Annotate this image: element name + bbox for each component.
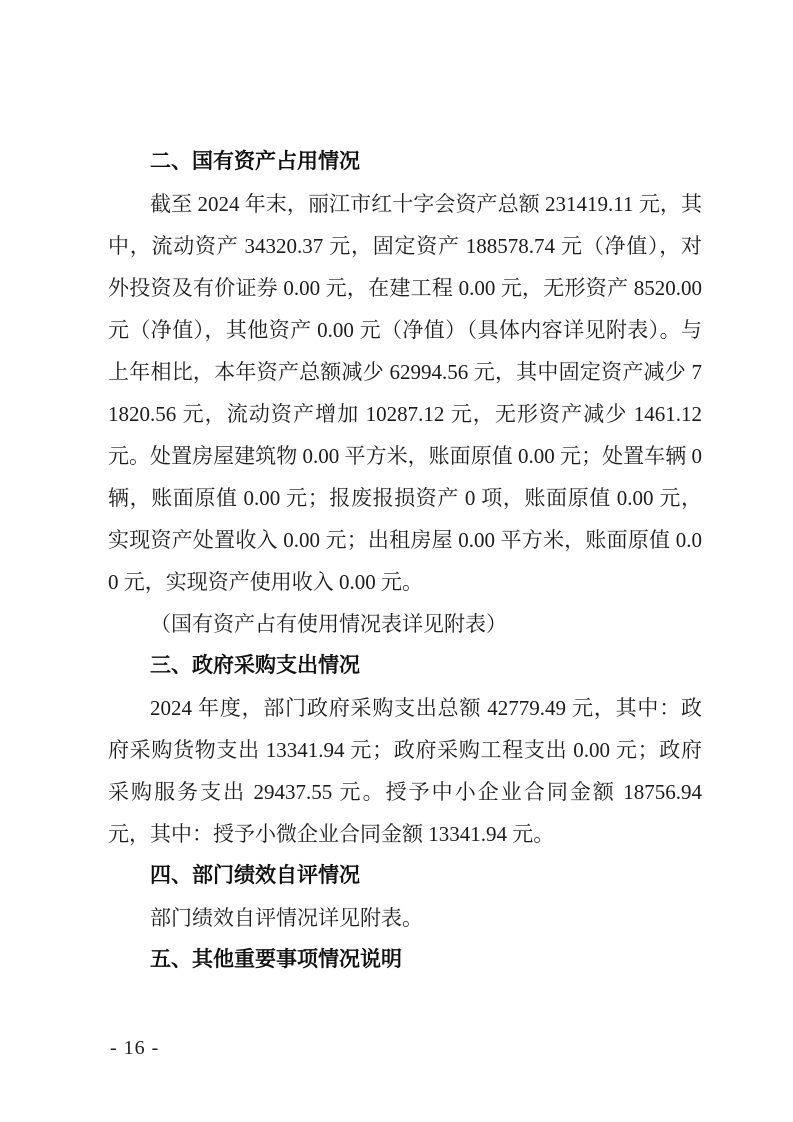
paragraph-performance-self-eval-note: 部门绩效自评情况详见附表。 <box>108 897 702 939</box>
section-heading-gov-procurement: 三、政府采购支出情况 <box>108 645 702 687</box>
document-content: 二、国有资产占用情况 截至 2024 年末，丽江市红十字会资产总额 231419… <box>108 141 702 981</box>
section-heading-performance-self-eval: 四、部门绩效自评情况 <box>108 855 702 897</box>
document-page: 二、国有资产占用情况 截至 2024 年末，丽江市红十字会资产总额 231419… <box>0 0 793 1122</box>
paragraph-gov-procurement-detail: 2024 年度，部门政府采购支出总额 42779.49 元，其中：政府采购货物支… <box>108 687 702 855</box>
section-heading-other-important-matters: 五、其他重要事项情况说明 <box>108 939 702 981</box>
paragraph-state-assets-detail: 截至 2024 年末，丽江市红十字会资产总额 231419.11 元，其中，流动… <box>108 183 702 603</box>
section-heading-state-assets: 二、国有资产占用情况 <box>108 141 702 183</box>
paragraph-state-assets-appendix-note: （国有资产占有使用情况表详见附表） <box>108 603 702 645</box>
page-number: - 16 - <box>110 1036 159 1060</box>
